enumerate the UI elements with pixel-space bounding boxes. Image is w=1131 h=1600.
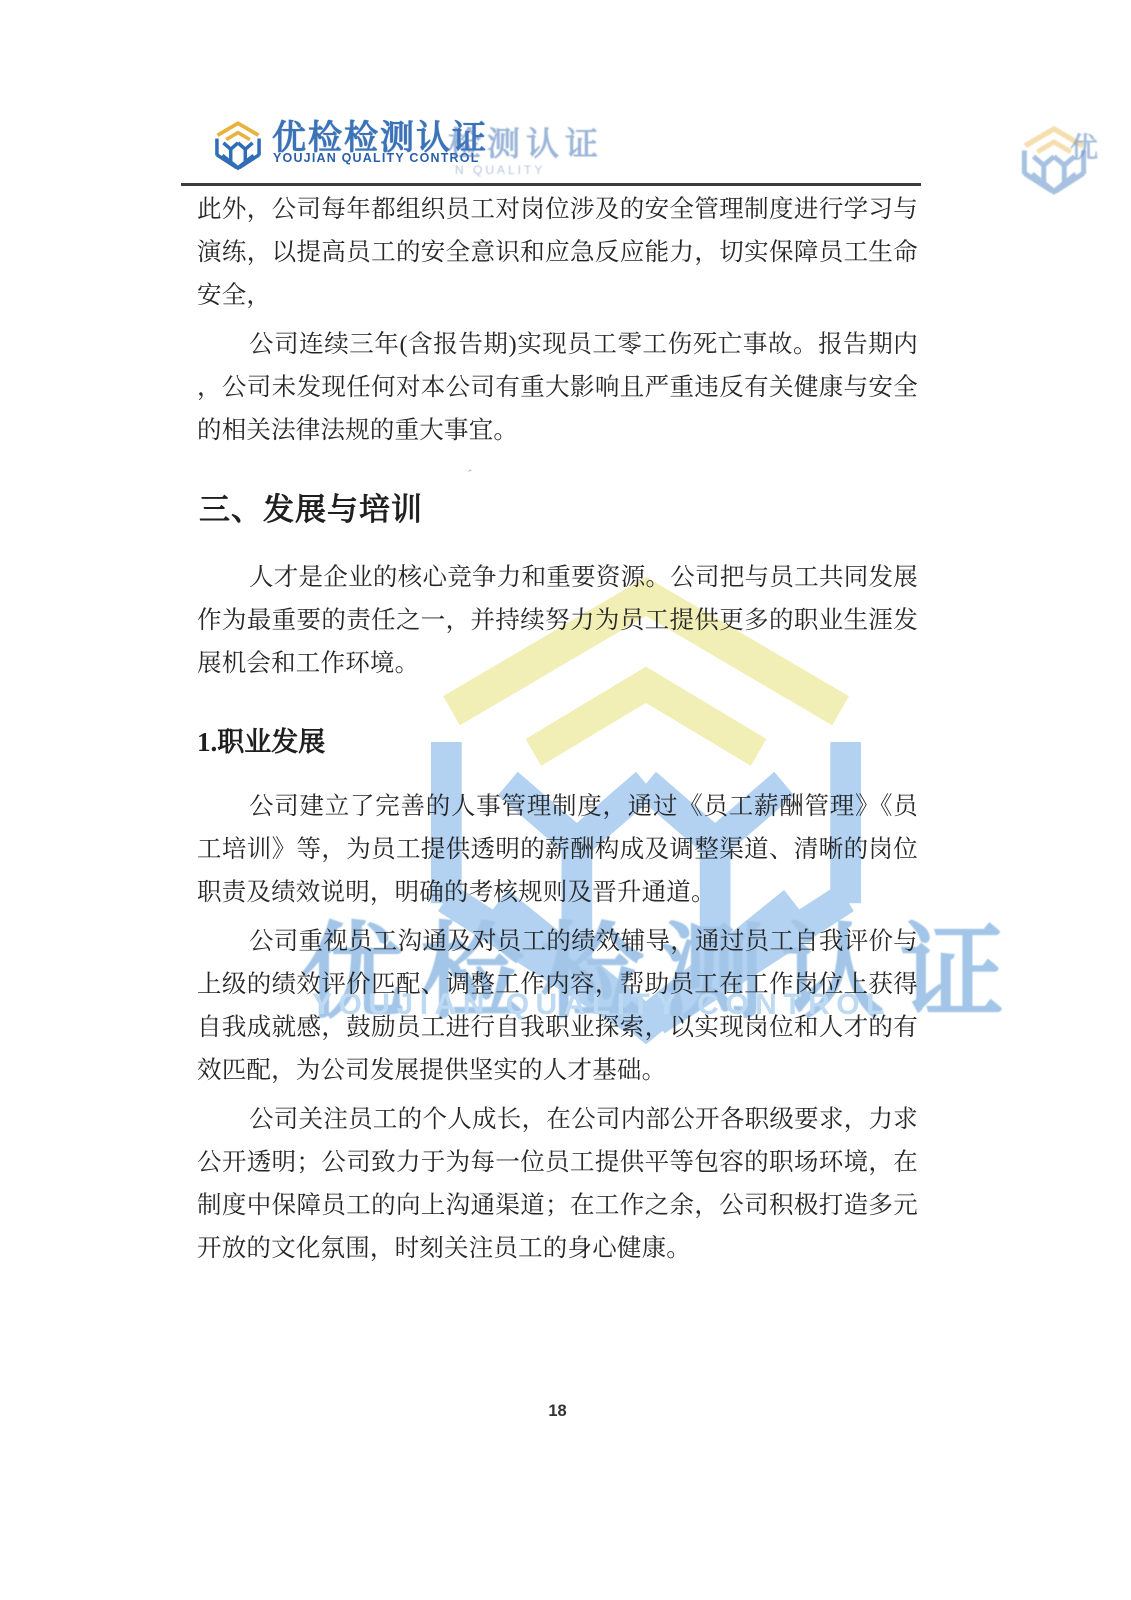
paragraph-zero-injury: 公司连续三年(含报告期)实现员工零工伤死亡事故。报告期内 ，公司未发现任何对本公… — [197, 323, 918, 452]
paragraph-line: 自我成就感，鼓励员工进行自我职业探索，以实现岗位和人才的有 — [197, 1006, 918, 1049]
paragraph-line: 工培训》等，为员工提供透明的薪酬构成及调整渠道、清晰的岗位 — [197, 828, 918, 871]
scan-ghost-subtitle: N QUALITY — [455, 163, 545, 177]
paragraph-line: 展机会和工作环境。 — [197, 642, 918, 685]
company-logo-icon — [211, 114, 265, 174]
paragraph-hr-system: 公司建立了完善的人事管理制度，通过《员工薪酬管理》《员 工培训》等，为员工提供透… — [197, 785, 918, 914]
paragraph-line: 的相关法律法规的重大事宜。 — [197, 409, 918, 452]
paragraph-line: 作为最重要的责任之一，并持续努力为员工提供更多的职业生涯发 — [197, 599, 918, 642]
paragraph-line: 制度中保障员工的向上沟通渠道；在工作之余，公司积极打造多元 — [197, 1184, 918, 1227]
paragraph-line: 公司建立了完善的人事管理制度，通过《员工薪酬管理》《员 — [197, 785, 918, 828]
paragraph-personal-growth: 公司关注员工的个人成长，在公司内部公开各职级要求，力求 公开透明；公司致力于为每… — [197, 1098, 918, 1270]
paragraph-line: 公司关注员工的个人成长，在公司内部公开各职级要求，力求 — [197, 1098, 918, 1141]
paragraph-line: 上级的绩效评价匹配、调整工作内容，帮助员工在工作岗位上获得 — [197, 963, 918, 1006]
scan-ghost-title: 检测认证 — [448, 118, 604, 165]
header-divider — [181, 183, 921, 186]
paragraph-line: 效匹配，为公司发展提供坚实的人才基础。 — [197, 1049, 918, 1092]
page-header: 优检检测认证 YOUJIAN QUALITY CONTROL 检测认证 N QU… — [0, 0, 1131, 200]
paragraph-safety-training: 此外，公司每年都组织员工对岗位涉及的安全管理制度进行学习与 演练，以提高员工的安… — [197, 188, 918, 317]
section-heading-development-training: 三、发展与培训 — [199, 490, 918, 530]
paragraph-line: ，公司未发现任何对本公司有重大影响且严重违反有关健康与安全 — [197, 366, 918, 409]
paragraph-line: 公司重视员工沟通及对员工的绩效辅导，通过员工自我评价与 — [197, 920, 918, 963]
paragraph-line: 此外，公司每年都组织员工对岗位涉及的安全管理制度进行学习与 — [197, 188, 918, 231]
paragraph-line: 人才是企业的核心竞争力和重要资源。公司把与员工共同发展 — [197, 556, 918, 599]
paragraph-line: 公司连续三年(含报告期)实现员工零工伤死亡事故。报告期内 — [197, 323, 918, 366]
corner-ghost-character: 优 — [1070, 126, 1098, 166]
paragraph-line: 安全， — [197, 274, 918, 317]
paragraph-talent-core: 人才是企业的核心竞争力和重要资源。公司把与员工共同发展 作为最重要的责任之一，并… — [197, 556, 918, 685]
subsection-heading-career-development: 1.职业发展 — [197, 724, 918, 760]
paragraph-line: 开放的文化氛围，时刻关注员工的身心健康。 — [197, 1227, 918, 1270]
document-body: 此外，公司每年都组织员工对岗位涉及的安全管理制度进行学习与 演练，以提高员工的安… — [197, 188, 918, 1276]
paragraph-line: 演练，以提高员工的安全意识和应急反应能力，切实保障员工生命 — [197, 231, 918, 274]
paragraph-performance-coaching: 公司重视员工沟通及对员工的绩效辅导，通过员工自我评价与 上级的绩效评价匹配、调整… — [197, 920, 918, 1092]
page-number: 18 — [197, 1402, 918, 1421]
paragraph-line: 公开透明；公司致力于为每一位员工提供平等包容的职场环境，在 — [197, 1141, 918, 1184]
paragraph-line: 职责及绩效说明，明确的考核规则及晋升通道。 — [197, 871, 918, 914]
